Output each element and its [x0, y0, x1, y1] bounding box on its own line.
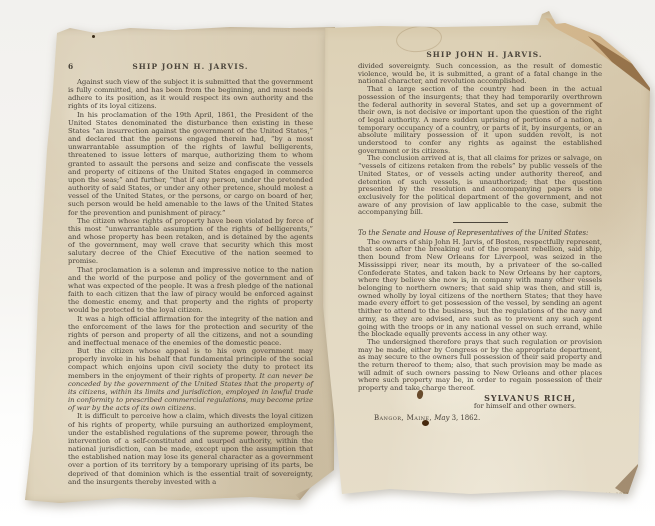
- report-conclusion-paragraphs: divided sovereignty. Such concession, as…: [358, 63, 602, 217]
- paragraph: The citizen whose rights of property hav…: [68, 217, 313, 266]
- petition-salutation: To the Senate and House of Representativ…: [358, 230, 602, 238]
- paragraph: That proclamation is a solemn and impres…: [68, 266, 313, 315]
- catalog-pencil-mark: LeMs 1863: [598, 492, 629, 498]
- paragraph: Against such view of the subject it is s…: [68, 78, 313, 111]
- right-running-head: SHIP JOHN H. JARVIS. 7: [357, 50, 612, 59]
- paragraph: But the citizen whose appeal is to his o…: [68, 347, 313, 412]
- ink-speck: [92, 35, 95, 38]
- paragraph: divided sovereignty. Such concession, as…: [358, 63, 602, 86]
- left-page: 6 SHIP JOHN H. JARVIS. Against such view…: [20, 24, 336, 506]
- paragraph: It is difficult to perceive how a claim,…: [68, 412, 313, 485]
- left-page-wrap: 6 SHIP JOHN H. JARVIS. Against such view…: [20, 24, 336, 506]
- dateline-month: May: [434, 414, 449, 422]
- left-running-head-title: SHIP JOHN H. JARVIS.: [132, 62, 248, 71]
- paragraph: The conclusion arrived at is, that all c…: [358, 155, 602, 217]
- paragraph: In his proclamation of the 19th April, 1…: [68, 111, 313, 217]
- right-page-wrap: SHIP JOHN H. JARVIS. 7 divided sovereign…: [320, 6, 655, 506]
- right-page-text: divided sovereignty. Such concession, as…: [358, 63, 602, 422]
- left-page-number: 6: [68, 62, 73, 71]
- right-running-head-title: SHIP JOHN H. JARVIS.: [426, 50, 542, 59]
- signature-role: for himself and other owners.: [358, 403, 576, 411]
- section-divider-rule: [453, 222, 508, 223]
- paragraph: That a large section of the country had …: [358, 86, 602, 155]
- signature-block: SYLVANUS RICH, for himself and other own…: [358, 395, 602, 411]
- left-running-head: 6 SHIP JOHN H. JARVIS.: [68, 62, 313, 71]
- right-page: SHIP JOHN H. JARVIS. 7 divided sovereign…: [320, 6, 655, 506]
- paragraph: It was a high official affirmation for t…: [68, 315, 313, 348]
- scanned-document: 6 SHIP JOHN H. JARVIS. Against such view…: [0, 0, 655, 526]
- paragraph: The undersigned therefore prays that suc…: [358, 339, 602, 393]
- dateline: Bangor, Maine, May 3, 1862.: [374, 415, 602, 423]
- petition-paragraphs: The owners of ship John H. Jarvis, of Bo…: [358, 239, 602, 393]
- paragraph: The owners of ship John H. Jarvis, of Bo…: [358, 239, 602, 339]
- left-page-text: Against such view of the subject it is s…: [68, 78, 313, 486]
- dateline-rest: 3, 1862.: [452, 414, 481, 422]
- ink-dot: [422, 420, 429, 426]
